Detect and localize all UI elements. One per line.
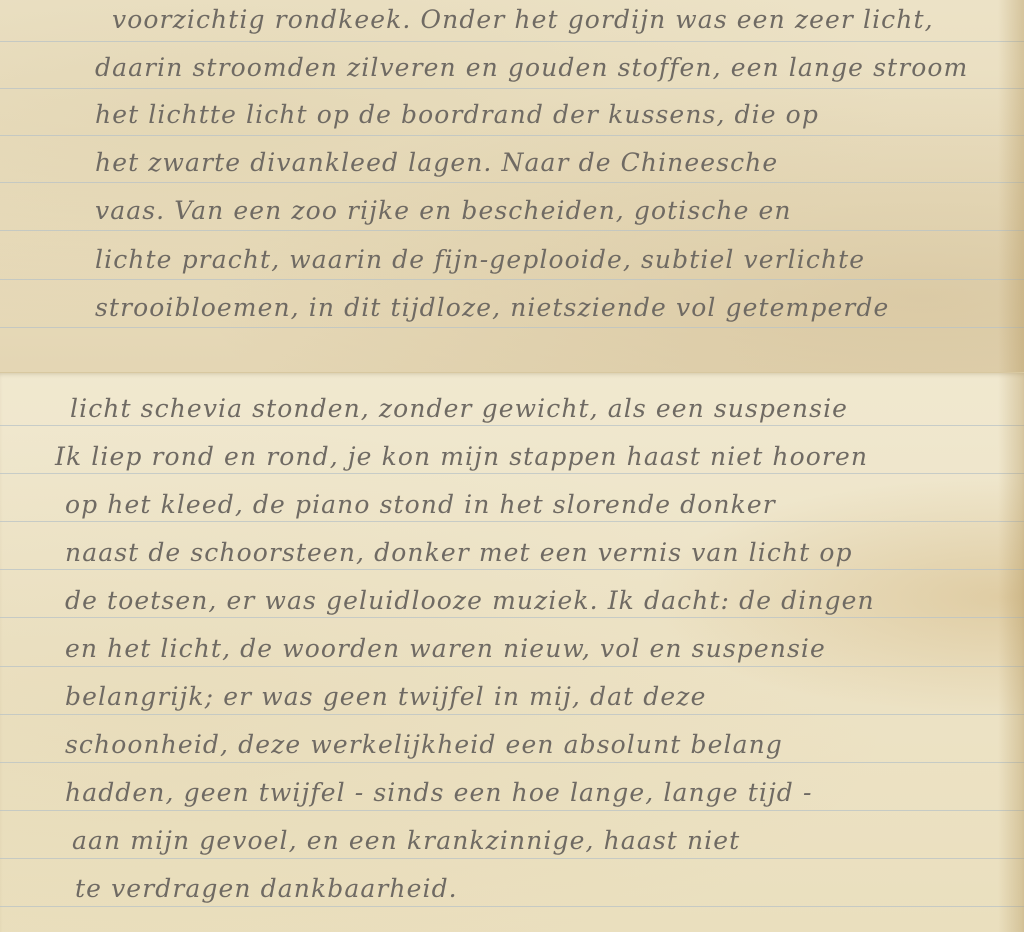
handwritten-line: aan mijn gevoel, en een krankzinnige, ha… [72, 819, 1014, 863]
handwritten-line: naast de schoorsteen, donker met een ver… [65, 531, 1014, 575]
handwritten-line: het zwarte divankleed lagen. Naar de Chi… [95, 141, 1014, 185]
handwritten-line: voorzichtig rondkeek. Onder het gordijn … [112, 0, 1014, 42]
manuscript-page: voorzichtig rondkeek. Onder het gordijn … [0, 0, 1024, 932]
paper-edge-stain [998, 0, 1024, 372]
handwritten-line: hadden, geen twijfel - sinds een hoe lan… [65, 771, 1014, 815]
handwritten-line: de toetsen, er was geluidlooze muziek. I… [65, 579, 1014, 623]
handwritten-line: licht schevia stonden, zonder gewicht, a… [70, 387, 1014, 431]
handwritten-line: het lichtte licht op de boordrand der ku… [95, 93, 1014, 137]
handwritten-line: vaas. Van een zoo rijke en bescheiden, g… [95, 189, 1014, 233]
handwritten-line: op het kleed, de piano stond in het slor… [65, 483, 1014, 527]
handwritten-line: te verdragen dankbaarheid. [75, 867, 1014, 911]
handwritten-line: Ik liep rond en rond, je kon mijn stappe… [55, 435, 1014, 479]
lower-sheet: licht schevia stonden, zonder gewicht, a… [0, 372, 1024, 932]
handwritten-line: en het licht, de woorden waren nieuw, vo… [65, 627, 1014, 671]
handwritten-line: lichte pracht, waarin de fijn-geplooide,… [95, 238, 1014, 282]
handwritten-line: daarin stroomden zilveren en gouden stof… [95, 46, 1014, 90]
handwritten-line: strooibloemen, in dit tijdloze, nietszie… [95, 286, 1014, 330]
handwritten-line: belangrijk; er was geen twijfel in mij, … [65, 675, 1014, 719]
upper-sheet: voorzichtig rondkeek. Onder het gordijn … [0, 0, 1024, 372]
paper-edge-stain [998, 373, 1024, 932]
handwritten-line: schoonheid, deze werkelijkheid een absol… [65, 723, 1014, 767]
